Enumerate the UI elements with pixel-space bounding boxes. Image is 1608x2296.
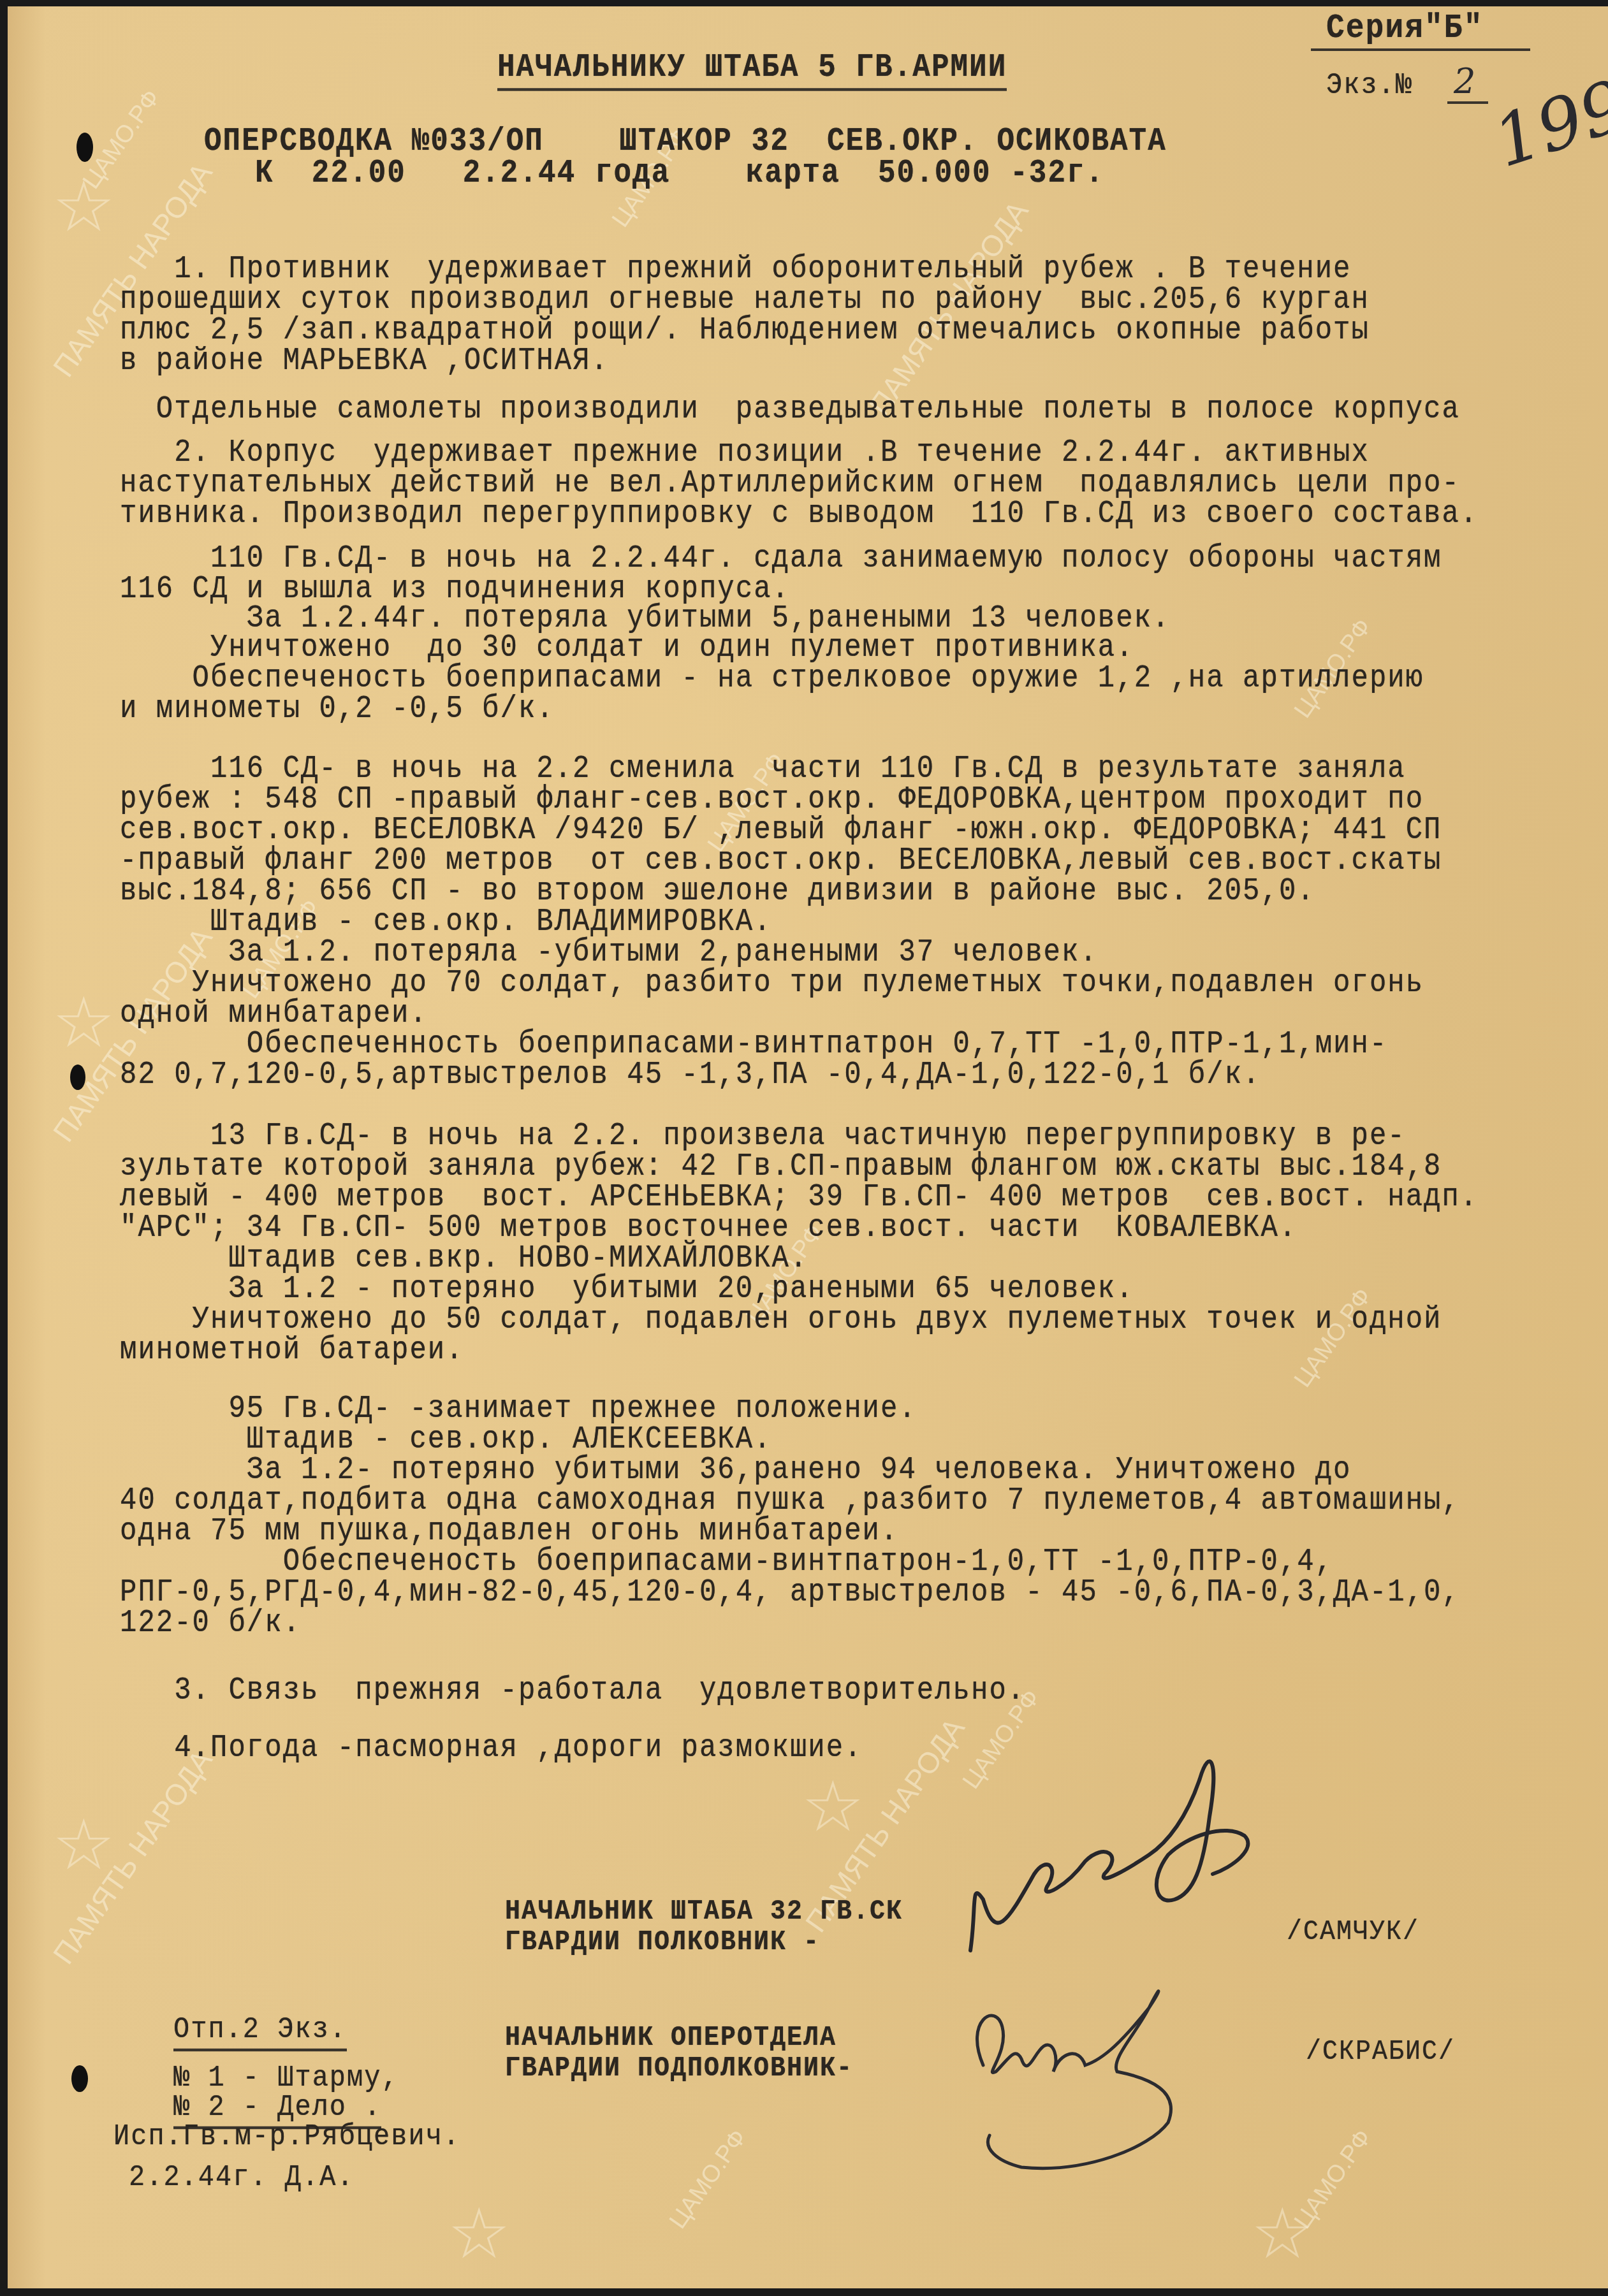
punch-hole <box>77 133 93 162</box>
weather-status: 4.Погода -пасморная ,дороги размокшие. <box>120 1733 863 1764</box>
distribution-copy-1: № 1 - Штарму, <box>173 2063 399 2093</box>
punch-hole <box>70 1064 85 1090</box>
signatory-1-title: НАЧАЛЬНИК ШТАБА 32 ГВ.СК <box>505 1898 903 1927</box>
division-95-line: За 1.2- потеряно убитыми 36,ранено 94 че… <box>120 1455 1352 1486</box>
typist-date: 2.2.44г. Д.А. <box>129 2162 354 2192</box>
signatory-1-rank: ГВАРДИИ ПОЛКОВНИК - <box>505 1929 820 1958</box>
division-110-line: Уничтожено до 30 солдат и один пулемет п… <box>120 632 1134 664</box>
paragraph-2-line: тивника. Производил перегруппировку с вы… <box>120 498 1478 530</box>
division-13-line: 13 Гв.СД- в ночь на 2.2. произвела части… <box>120 1121 1406 1152</box>
page-number-handwritten: 199 <box>1484 64 1608 184</box>
division-13-line: зультате которой заняла рубеж: 42 Гв.СП-… <box>120 1151 1442 1182</box>
communications-status: 3. Связь прежняя -работала удовлетворите… <box>120 1675 1025 1706</box>
report-datetime: К 22.00 2.2.44 года карта 50.000 -32г. <box>255 157 1104 190</box>
division-116-line: 116 СД- в ночь на 2.2 сменила части 110 … <box>120 753 1406 785</box>
division-95-line: РПГ-0,5,РГД-0,4,мин-82-0,45,120-0,4, арт… <box>120 1577 1460 1608</box>
division-116-line: -правый фланг 200 метров от сев.вост.окр… <box>120 845 1442 876</box>
division-116-line: За 1.2. потеряла -убитыми 2,ранеными 37 … <box>120 937 1098 968</box>
division-95-line: одна 75 мм пушка,подавлен огонь минбатар… <box>120 1516 898 1547</box>
division-116-line: Обеспеченность боеприпасами-винтпатрон 0… <box>120 1029 1387 1060</box>
distribution-header: Отп.2 Экз. <box>173 2014 347 2051</box>
copy-number-value: 2 <box>1447 61 1488 104</box>
watermark-archive: ЦАМО.РФ <box>1289 1283 1377 1392</box>
executor: Исп.Гв.м-р.Рябцевич. <box>113 2121 460 2151</box>
division-95-line: 95 Гв.СД- -занимает прежнее положение. <box>120 1393 917 1425</box>
punch-hole <box>71 2065 88 2092</box>
paragraph-2-line: 2. Корпус удерживает прежние позиции .В … <box>120 437 1370 469</box>
division-13-line: "АРС"; 34 Гв.СП- 500 метров восточнее се… <box>120 1212 1297 1244</box>
document-page: ☆ ПАМЯТЬ НАРОДА ЦАМО.РФ ЦАМО.РФ ПАМЯТЬ Н… <box>8 6 1608 2288</box>
division-116-line: рубеж : 548 СП -правый фланг-сев.вост.ок… <box>120 784 1424 815</box>
signature-2-handwritten <box>958 1982 1289 2212</box>
division-13-line: Штадив сев.вкр. НОВО-МИХАЙЛОВКА. <box>120 1243 808 1274</box>
division-95-line: Обеспеченость боеприпасами-винтпатрон-1,… <box>120 1546 1333 1578</box>
addressee: НАЧАЛЬНИКУ ШТАБА 5 ГВ.АРМИИ <box>497 51 1007 91</box>
paragraph-1-line: 1. Противник удерживает прежний оборонит… <box>120 254 1352 285</box>
series-stamp: Серия"Б" <box>1326 11 1483 46</box>
signatory-2-title: НАЧАЛЬНИК ОПЕРОТДЕЛА <box>505 2024 837 2053</box>
signatory-2-name: /СКРАБИС/ <box>1306 2038 1455 2067</box>
watermark-archive: ЦАМО.РФ <box>664 2125 752 2234</box>
stamp-divider <box>1311 48 1530 51</box>
division-116-line: Штадив - сев.окр. ВЛАДИМИРОВКА. <box>120 906 772 938</box>
signatory-2-rank: ГВАРДИИ ПОДПОЛКОВНИК- <box>505 2055 853 2084</box>
division-13-line: левый - 400 метров вост. АРСЕНЬЕВКА; 39 … <box>120 1182 1478 1213</box>
division-95-line: 122-0 б/к. <box>120 1608 301 1639</box>
division-13-line: минометной батареи. <box>120 1335 464 1366</box>
division-116-line: Уничтожено до 70 солдат, разбито три пул… <box>120 968 1424 999</box>
division-13-line: Уничтожено до 50 солдат, подавлен огонь … <box>120 1304 1442 1335</box>
division-110-line: 110 Гв.СД- в ночь на 2.2.44г. сдала зани… <box>120 543 1442 574</box>
paragraph-2-line: наступательных действий не вел.Артиллери… <box>120 468 1460 499</box>
signature-1-handwritten <box>958 1740 1289 1995</box>
division-116-line: одной минбатареи. <box>120 998 428 1029</box>
report-title: ОПЕРСВОДКА №033/ОП ШТАКОР 32 СЕВ.ОКР. ОС… <box>204 125 1167 158</box>
copy-number-label: Экз.№ <box>1326 70 1413 100</box>
division-116-line: выс.184,8; 656 СП - во втором эшелоне ди… <box>120 876 1315 907</box>
paragraph-1-line: прошедших суток производил огневые налет… <box>120 284 1370 316</box>
star-watermark-icon: ☆ <box>801 1766 865 1847</box>
aviation-note: Отдельные самолеты производили разведыва… <box>120 394 1460 425</box>
division-13-line: За 1.2 - потеряно убитыми 20,ранеными 65… <box>120 1274 1134 1305</box>
signatory-1-name: /САМЧУК/ <box>1287 1919 1419 1947</box>
division-110-line: и минометы 0,2 -0,5 б/к. <box>120 694 555 725</box>
division-95-line: 40 солдат,подбита одна самоходная пушка … <box>120 1485 1460 1516</box>
division-116-line: сев.вост.окр. ВЕСЕЛОВКА /9420 Б/ ,левый … <box>120 815 1442 846</box>
division-110-line: Обеспеченость боеприпасами - на стрелков… <box>120 663 1424 694</box>
division-95-line: Штадив - сев.окр. АЛЕКСЕЕВКА. <box>120 1424 772 1455</box>
star-watermark-icon: ☆ <box>448 2193 511 2274</box>
paragraph-1-line: в районе МАРЬЕВКА ,ОСИТНАЯ. <box>120 345 609 377</box>
paragraph-1-line: плюс 2,5 /зап.квадратной рощи/. Наблюден… <box>120 315 1370 346</box>
division-116-line: 82 0,7,120-0,5,артвыстрелов 45 -1,3,ПА -… <box>120 1059 1261 1091</box>
